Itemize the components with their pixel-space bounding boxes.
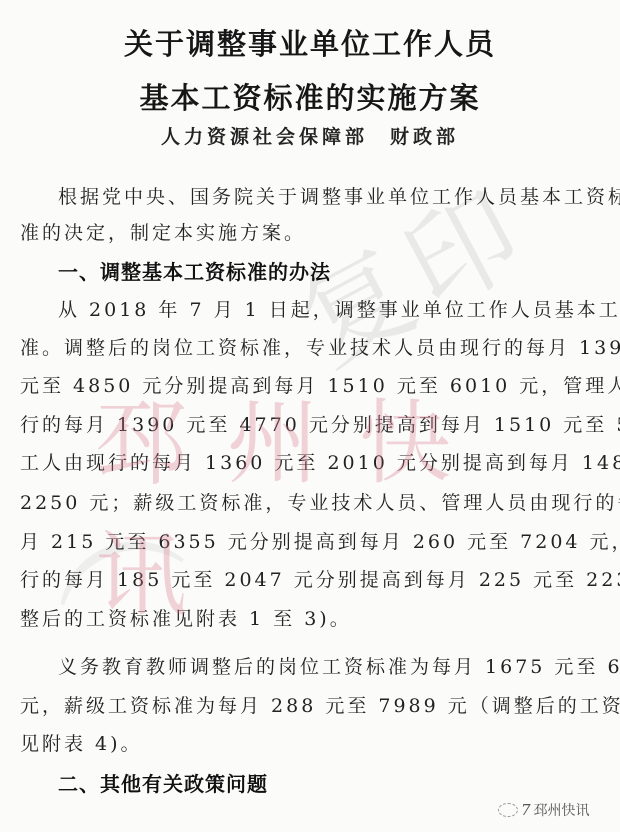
intro-line-1: 根据党中央、国务院关于调整事业单位工作人员基本工资标 [58,182,605,209]
intro-line-2: 准的决定，制定本实施方案。 [20,218,605,245]
para1-line-8: 行的每月 185 元至 2047 元分别提高到每月 225 元至 2232 元（… [20,565,605,592]
para2-line-1: 义务教育教师调整后的岗位工资标准为每月 1675 元至 6665 [58,652,605,679]
para1-line-4: 行的每月 1390 元至 4770 元分别提高到每月 1510 元至 5910 … [20,410,605,437]
para1-line-2: 准。调整后的岗位工资标准，专业技术人员由现行的每月 1390 [20,333,605,360]
wechat-icon [498,803,518,817]
document-authors: 人力资源社会保障部财政部 [0,122,620,149]
document-page: 复印 ︵ 关于调整事业单位工作人员 基本工资标准的实施方案 人力资源社会保障部财… [0,0,620,832]
author-mof: 财政部 [390,126,459,148]
brand-name: 邳州快讯 [534,800,590,820]
document-title-line2: 基本工资标准的实施方案 [0,76,620,117]
footer-brand: 7 邳州快讯 [498,800,590,820]
author-mohrss: 人力资源社会保障部 [161,126,368,148]
para1-line-5: 工人由现行的每月 1360 元至 2010 元分别提高到每月 1480 元至 [20,448,605,475]
para1-line-9: 整后的工资标准见附表 1 至 3)。 [20,604,605,631]
para1-line-7: 月 215 元至 6355 元分别提高到每月 260 元至 7204 元，工人由… [20,527,605,554]
para2-line-3: 见附表 4)。 [20,729,605,756]
page-number: 7 [521,801,531,819]
para1-line-3: 元至 4850 元分别提高到每月 1510 元至 6010 元，管理人员由现 [20,371,605,398]
document-title-line1: 关于调整事业单位工作人员 [0,22,620,63]
section-heading-1: 一、调整基本工资标准的办法 [58,256,331,285]
para1-line-1: 从 2018 年 7 月 1 日起，调整事业单位工作人员基本工资标 [58,295,605,322]
para2-line-2: 元，薪级工资标准为每月 288 元至 7989 元（调整后的工资标准 [20,691,605,718]
section-heading-2: 二、其他有关政策问题 [58,768,268,797]
para1-line-6: 2250 元；薪级工资标准，专业技术人员、管理人员由现行的每 [20,488,605,515]
